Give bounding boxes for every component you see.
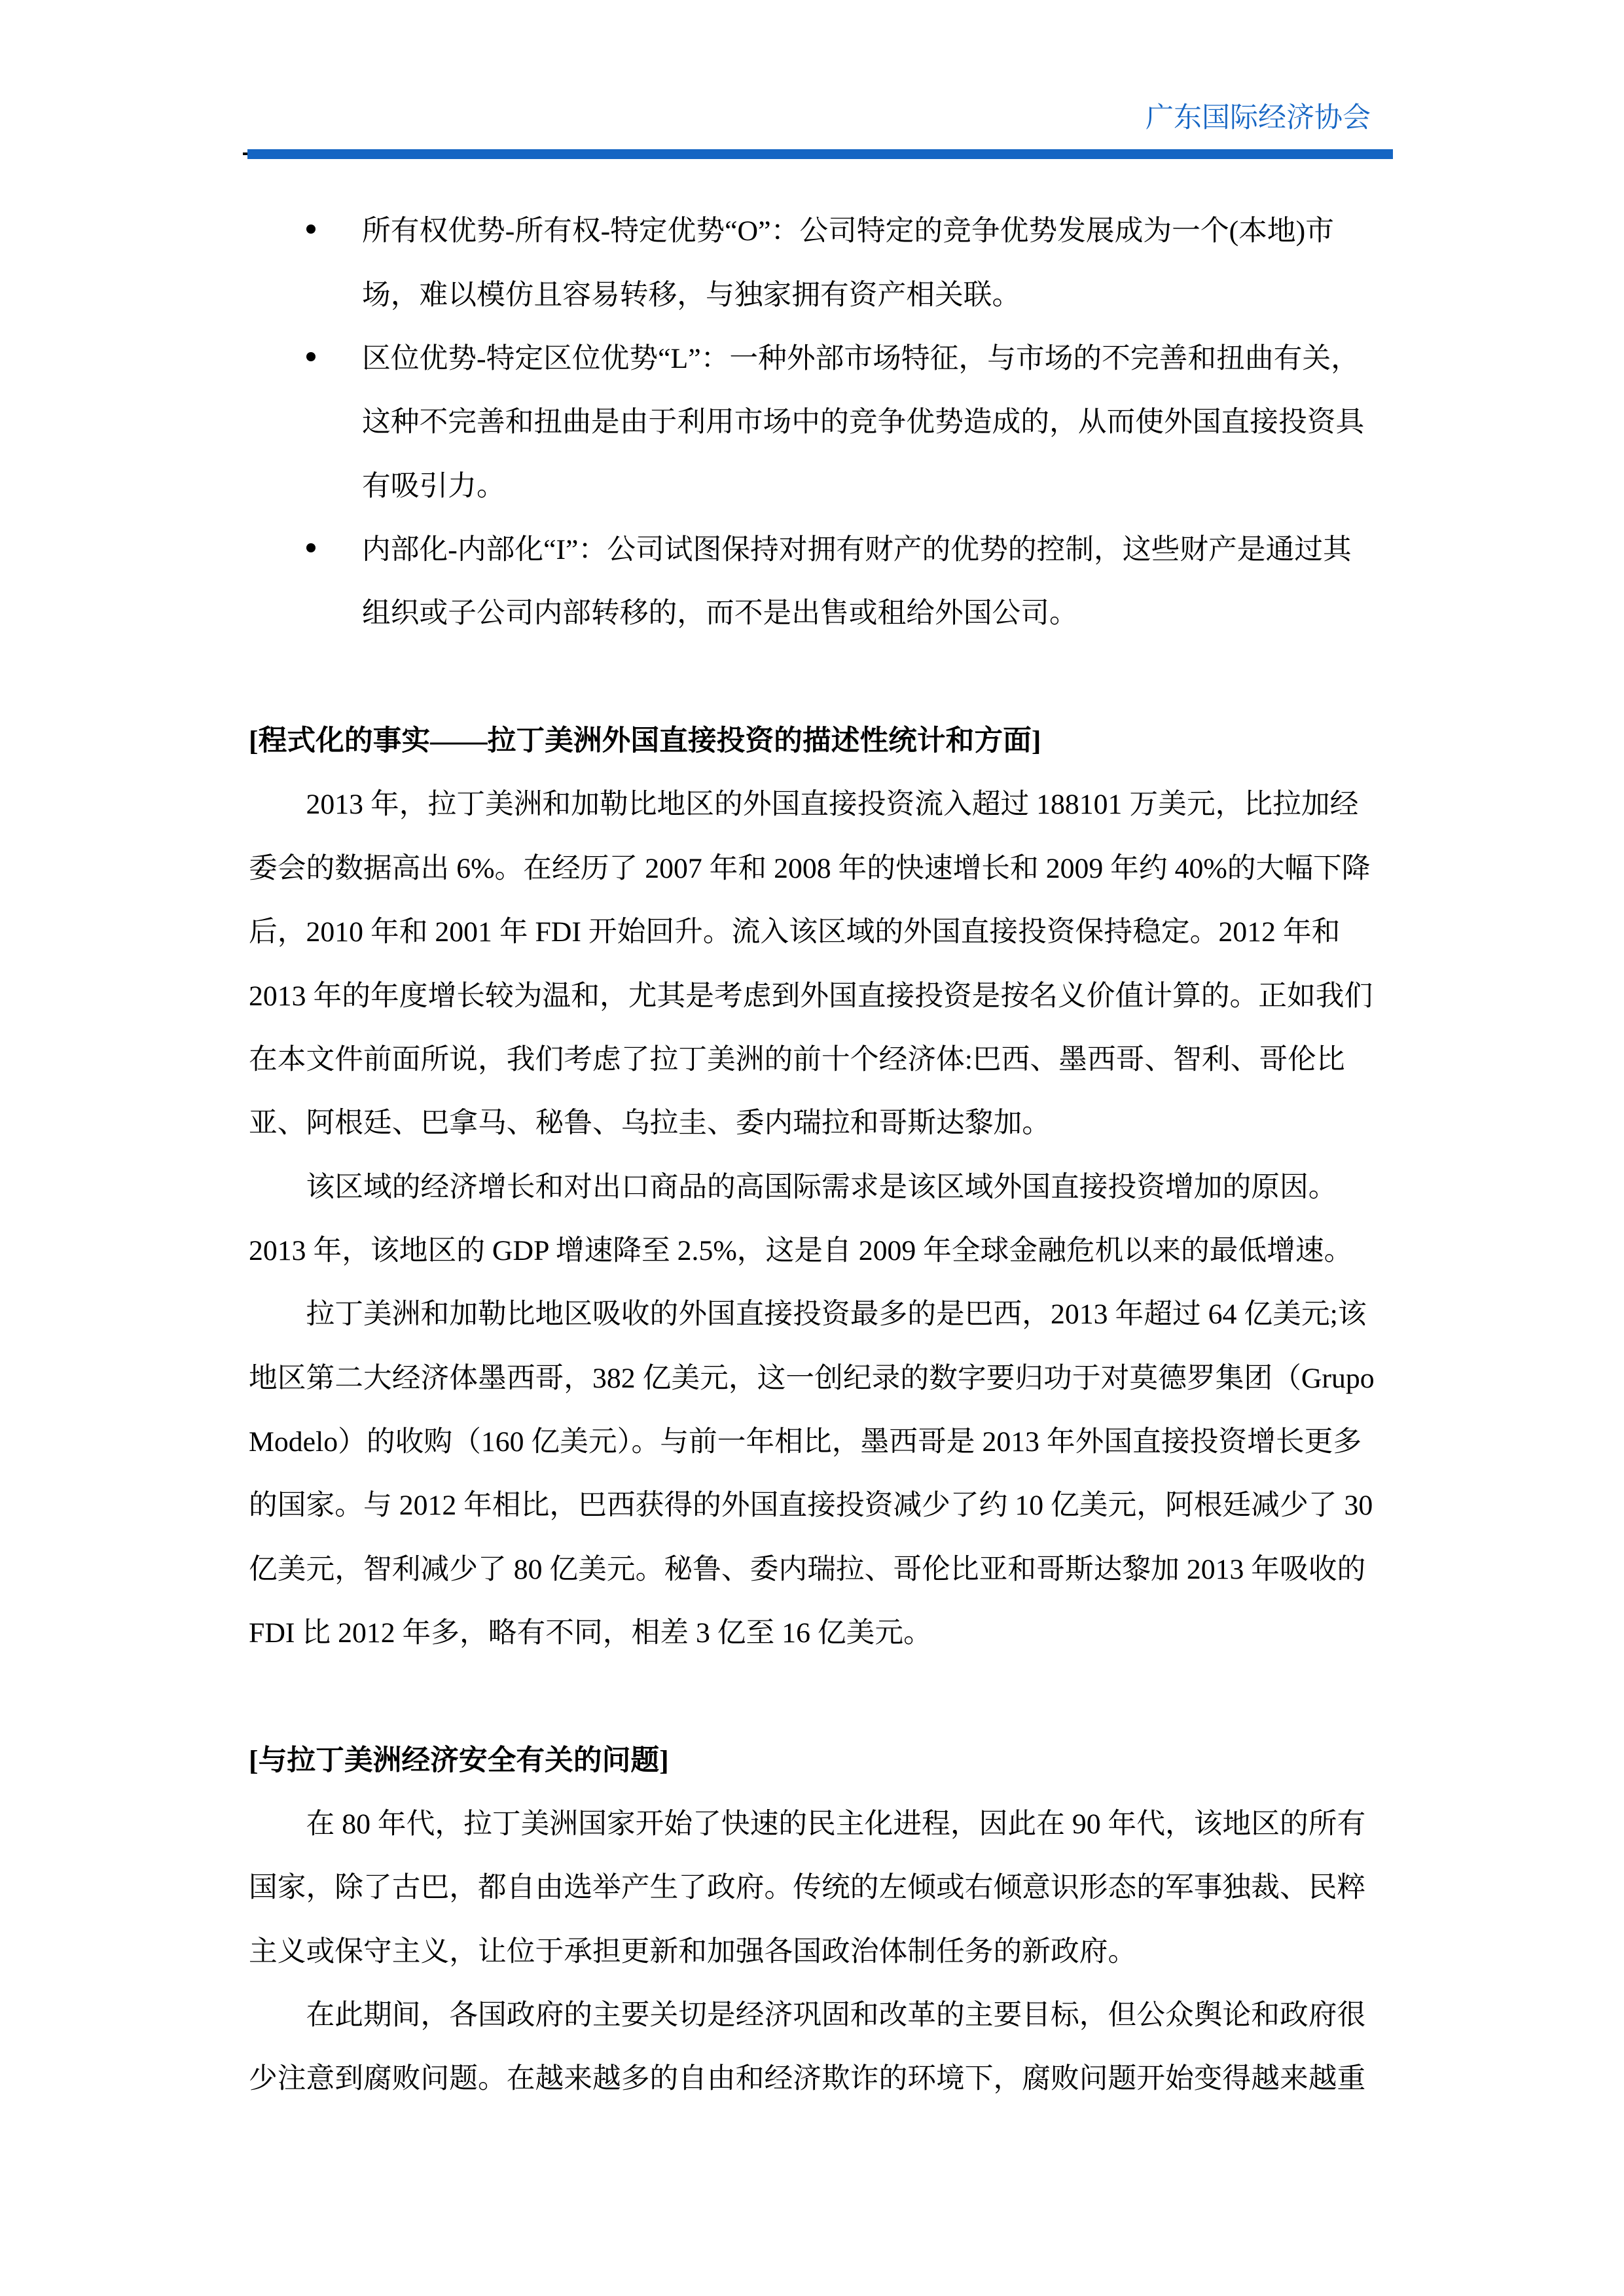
header-rule: [247, 149, 1393, 159]
text-line: 委会的数据高出 6%。在经历了 2007 年和 2008 年的快速增长和 200…: [249, 837, 1369, 901]
text-line: 少注意到腐败问题。在越来越多的自由和经济欺诈的环境下，腐败问题开始变得越来越重: [249, 2047, 1369, 2111]
text-line: 2013 年，拉丁美洲和加勒比地区的外国直接投资流入超过 188101 万美元，…: [249, 773, 1369, 836]
section-heading: [与拉丁美洲经济安全有关的问题]: [249, 1729, 1369, 1793]
text-line: 的国家。与 2012 年相比，巴西获得的外国直接投资减少了约 10 亿美元，阿根…: [249, 1474, 1369, 1537]
text-line: 亚、阿根廷、巴拿马、秘鲁、乌拉圭、委内瑞拉和哥斯达黎加。: [249, 1092, 1369, 1155]
text-line: 这种不完善和扭曲是由于利用市场中的竞争优势造成的，从而使外国直接投资具: [362, 391, 1369, 454]
document-body: 所有权优势-所有权-特定优势“O”：公司特定的竞争优势发展成为一个(本地)市 场…: [249, 200, 1369, 2111]
text-line: 在本文件前面所说，我们考虑了拉丁美洲的前十个经济体:巴西、墨西哥、智利、哥伦比: [249, 1028, 1369, 1092]
paragraph: 在 80 年代，拉丁美洲国家开始了快速的民主化进程，因此在 90 年代，该地区的…: [249, 1793, 1369, 1984]
text-line: Modelo）的收购（160 亿美元）。与前一年相比，墨西哥是 2013 年外国…: [249, 1410, 1369, 1474]
bullet-icon: [306, 352, 316, 361]
text-line: 国家，除了古巴，都自由选举产生了政府。传统的左倾或右倾意识形态的军事独裁、民粹: [249, 1856, 1369, 1920]
bullet-item-location-advantage: 区位优势-特定区位优势“L”：一种外部市场特征，与市场的不完善和扭曲有关， 这种…: [362, 327, 1369, 518]
text-line: 在 80 年代，拉丁美洲国家开始了快速的民主化进程，因此在 90 年代，该地区的…: [249, 1793, 1369, 1856]
text-line: FDI 比 2012 年多，略有不同，相差 3 亿至 16 亿美元。: [249, 1602, 1369, 1665]
text-line: 该区域的经济增长和对出口商品的高国际需求是该区域外国直接投资增加的原因。: [249, 1156, 1369, 1219]
text-line: 有吸引力。: [362, 455, 1369, 518]
text-line: 所有权优势-所有权-特定优势“O”：公司特定的竞争优势发展成为一个(本地)市: [362, 200, 1369, 263]
header-rule-tick: [243, 152, 247, 155]
paragraph: 拉丁美洲和加勒比地区吸收的外国直接投资最多的是巴西，2013 年超过 64 亿美…: [249, 1283, 1369, 1665]
paragraph: 该区域的经济增长和对出口商品的高国际需求是该区域外国直接投资增加的原因。 201…: [249, 1156, 1369, 1283]
text-line: 亿美元，智利减少了 80 亿美元。秘鲁、委内瑞拉、哥伦比亚和哥斯达黎加 2013…: [249, 1538, 1369, 1602]
bullet-icon: [306, 224, 316, 234]
section-economic-security-issues: [与拉丁美洲经济安全有关的问题] 在 80 年代，拉丁美洲国家开始了快速的民主化…: [249, 1729, 1369, 2111]
organization-name: 广东国际经济协会: [1146, 101, 1371, 134]
text-line: 地区第二大经济体墨西哥，382 亿美元，这一创纪录的数字要归功于对莫德罗集团（G…: [249, 1347, 1369, 1410]
bullet-icon: [306, 543, 316, 552]
paragraph: 2013 年，拉丁美洲和加勒比地区的外国直接投资流入超过 188101 万美元，…: [249, 773, 1369, 1155]
paragraph: 在此期间，各国政府的主要关切是经济巩固和改革的主要目标，但公众舆论和政府很 少注…: [249, 1984, 1369, 2111]
text-line: 主义或保守主义，让位于承担更新和加强各国政治体制任务的新政府。: [249, 1920, 1369, 1984]
text-line: 场，难以模仿且容易转移，与独家拥有资产相关联。: [362, 264, 1369, 327]
document-page: 广东国际经济协会 所有权优势-所有权-特定优势“O”：公司特定的竞争优势发展成为…: [0, 0, 1624, 2296]
text-line: 组织或子公司内部转移的，而不是出售或租给外国公司。: [362, 582, 1369, 645]
bullet-item-ownership-advantage: 所有权优势-所有权-特定优势“O”：公司特定的竞争优势发展成为一个(本地)市 场…: [362, 200, 1369, 327]
text-line: 2013 年的年度增长较为温和，尤其是考虑到外国直接投资是按名义价值计算的。正如…: [249, 965, 1369, 1028]
section-stylized-facts: [程式化的事实——拉丁美洲外国直接投资的描述性统计和方面] 2013 年，拉丁美…: [249, 709, 1369, 1665]
text-line: 区位优势-特定区位优势“L”：一种外部市场特征，与市场的不完善和扭曲有关，: [362, 327, 1369, 391]
text-line: 后，2010 年和 2001 年 FDI 开始回升。流入该区域的外国直接投资保持…: [249, 901, 1369, 964]
text-line: 内部化-内部化“I”：公司试图保持对拥有财产的优势的控制，这些财产是通过其: [362, 518, 1369, 582]
text-line: 拉丁美洲和加勒比地区吸收的外国直接投资最多的是巴西，2013 年超过 64 亿美…: [249, 1283, 1369, 1346]
text-line: 2013 年，该地区的 GDP 增速降至 2.5%，这是自 2009 年全球金融…: [249, 1219, 1369, 1283]
oli-advantages-list: 所有权优势-所有权-特定优势“O”：公司特定的竞争优势发展成为一个(本地)市 场…: [249, 200, 1369, 645]
section-heading: [程式化的事实——拉丁美洲外国直接投资的描述性统计和方面]: [249, 709, 1369, 773]
bullet-item-internalization-advantage: 内部化-内部化“I”：公司试图保持对拥有财产的优势的控制，这些财产是通过其 组织…: [362, 518, 1369, 646]
text-line: 在此期间，各国政府的主要关切是经济巩固和改革的主要目标，但公众舆论和政府很: [249, 1984, 1369, 2047]
